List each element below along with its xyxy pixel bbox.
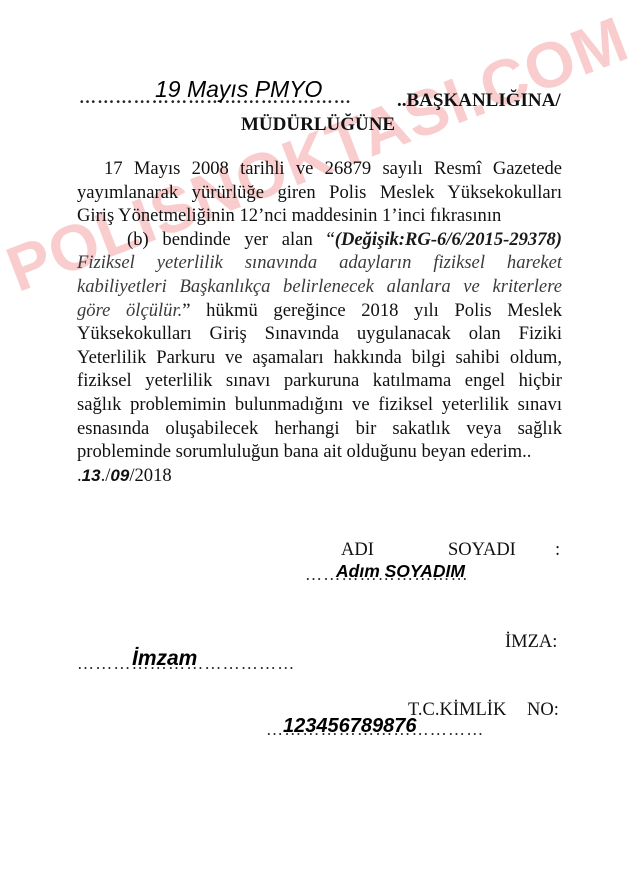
full-name-field[interactable]: Adım SOYADIM	[336, 561, 465, 582]
institution-name-field[interactable]: 19 Mayıs PMYO	[155, 76, 322, 103]
id-number-no-label: NO:	[527, 700, 559, 721]
addressee-title-line1: ..BAŞKANLIĞINA/	[397, 90, 561, 112]
body-line: (b) bendinde yer alan “(Değişik:RG-6/6/2…	[77, 228, 562, 252]
signature-field[interactable]: İmzam	[132, 647, 197, 671]
signature-label: İMZA:	[505, 632, 557, 653]
date-year: 2018	[135, 465, 172, 486]
surname-label: SOYADI	[448, 540, 516, 561]
date-line: .13./09/2018	[77, 464, 562, 488]
date-day-field[interactable]: 13	[82, 466, 101, 485]
id-number-field[interactable]: 123456789876	[283, 715, 416, 738]
clause-reference-prefix: (b) bendinde yer alan “	[127, 229, 335, 250]
body-line: yayımlanarak yürürlüğe giren Polis Mesle…	[77, 181, 562, 205]
quoted-line: Fiziksel yeterlilik sınavında adayların …	[77, 251, 562, 275]
date-month-field[interactable]: 09	[110, 466, 129, 485]
name-label: ADI	[341, 540, 374, 561]
body-line: Yeterlilik Parkuru ve aşamaları hakkında…	[77, 346, 562, 370]
body-line: probleminde sorumluluğun bana ait olduğu…	[77, 440, 562, 464]
date-separator: ./	[101, 465, 111, 486]
addressee-title-line2: MÜDÜRLÜĞÜNE	[241, 114, 395, 136]
body-line: Yüksekokulları Giriş Sınavında uygulanac…	[77, 322, 562, 346]
body-line: fiziksel yeterlilik sınavı parkuruna kat…	[77, 369, 562, 393]
body-line: göre ölçülür.” hükmü gereğince 2018 yılı…	[77, 299, 562, 323]
declaration-paragraph: 17 Mayıs 2008 tarihli ve 26879 sayılı Re…	[77, 157, 562, 487]
name-label-colon: :	[555, 540, 560, 561]
id-number-label: T.C.KİMLİK	[408, 700, 506, 721]
body-line: 17 Mayıs 2008 tarihli ve 26879 sayılı Re…	[77, 157, 562, 181]
body-line: sağlık problemimin bulunmadığını ve fizi…	[77, 393, 562, 417]
amendment-reference: (Değişik:RG-6/6/2015-29378)	[335, 229, 562, 250]
body-line: esnasında oluşabilecek herhangi bir saka…	[77, 417, 562, 441]
quoted-line: kabiliyetleri Başkanlıkça belirlenecek a…	[77, 275, 562, 299]
body-line-rest: ” hükmü gereğince 2018 yılı Polis Meslek	[182, 300, 562, 321]
body-line: Giriş Yönetmeliğinin 12’nci maddesinin 1…	[77, 204, 562, 228]
quoted-line-end: göre ölçülür.	[77, 300, 182, 321]
